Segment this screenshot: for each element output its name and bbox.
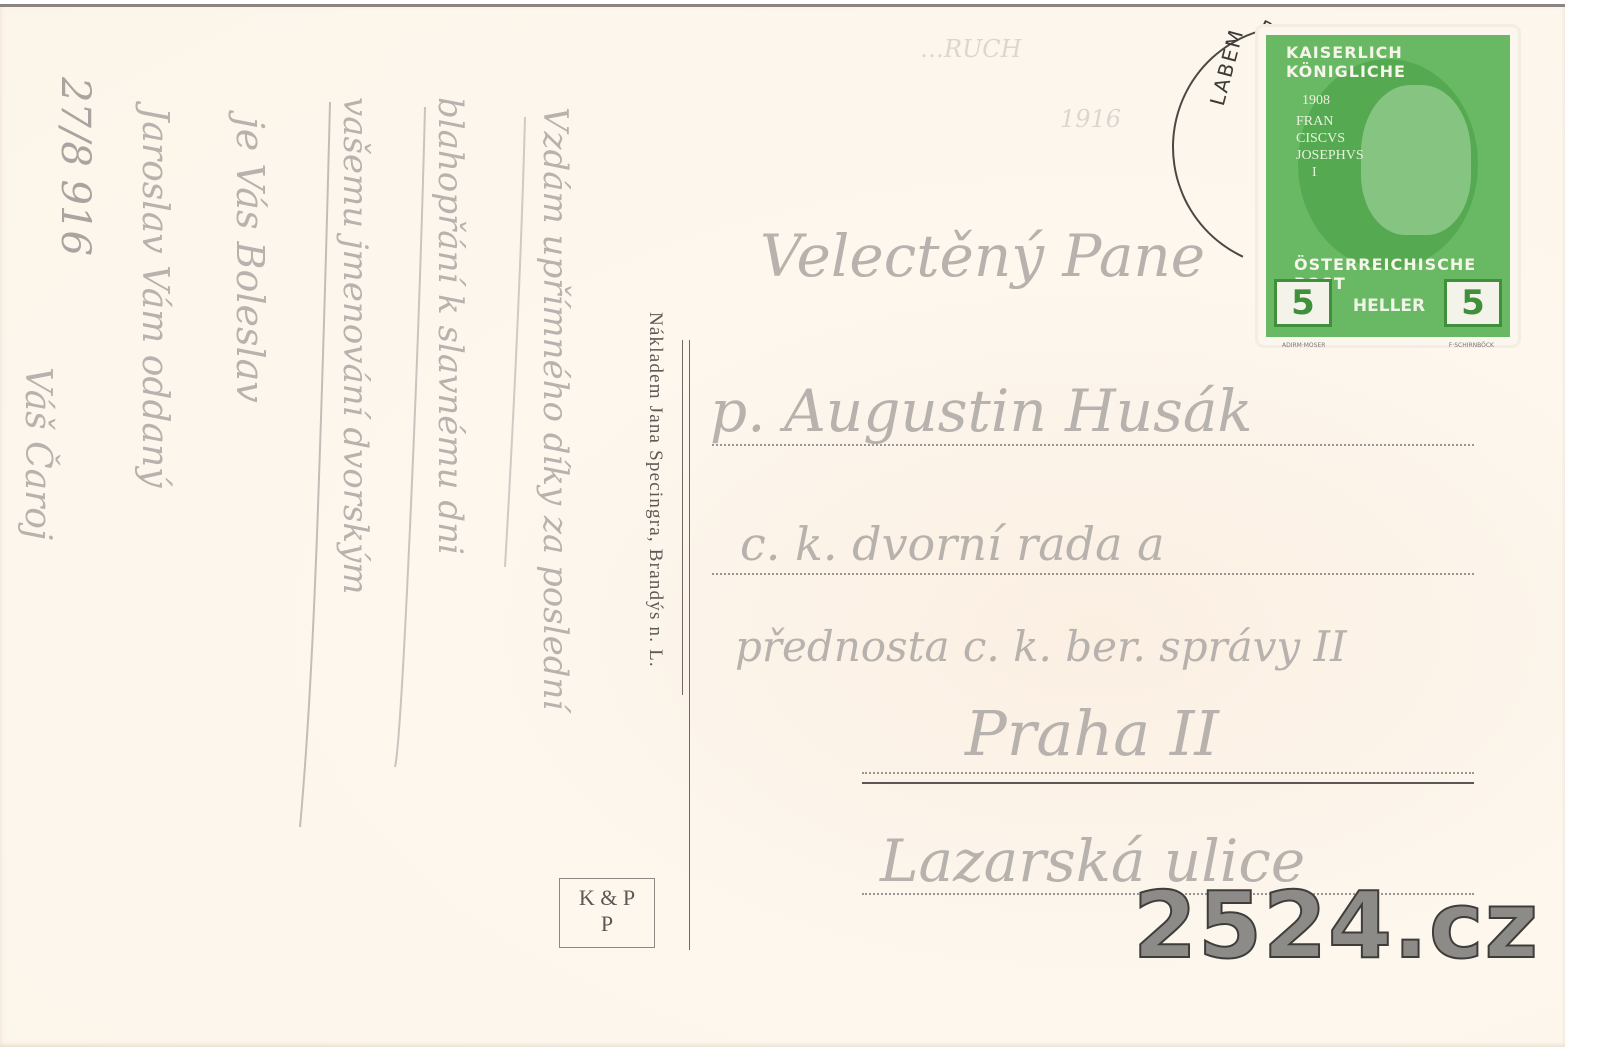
faint-note: 1916 [1060,105,1121,133]
divider-line [682,340,683,695]
address-underline [862,782,1474,784]
stamp-year: 1908 [1302,93,1330,109]
divider-line [689,340,690,950]
stamp-ring-text-top: KAISERLICH KÖNIGLICHE [1286,43,1510,81]
postcard: 27/8 916 Váš Čaroj Jaroslav Vám oddaný j… [0,4,1565,1047]
stamp-value-left: 5 [1274,279,1332,327]
stamp-denomination: HELLER [1346,291,1432,321]
address-title: c. k. dvorní rada a [740,517,1165,571]
address-name: p. Augustin Husák [710,377,1253,445]
address-salutation: Velectěný Pane [760,222,1205,290]
printer-logo: K & P P [559,878,655,948]
address-line-2 [712,573,1474,575]
address-office: přednosta c. k. ber. správy II [735,622,1347,671]
printer-logo-line2: P [560,911,654,937]
faint-note: …RUCH [920,35,1022,63]
stamp-design: 1908 FRAN CISCVS JOSEPHVS I KAISERLICH K… [1266,35,1510,337]
postage-stamp: 1908 FRAN CISCVS JOSEPHVS I KAISERLICH K… [1258,27,1518,345]
stamp-engraver: F·SCHIRNBÖCK [1449,342,1494,349]
stamp-designer: ADIRM·MOSER [1282,342,1325,349]
stamp-value-right: 5 [1444,279,1502,327]
stamp-caption: FRAN CISCVS JOSEPHVS I [1296,113,1364,181]
address-line-3 [862,772,1474,774]
emperor-portrait-icon [1361,85,1471,235]
address-city: Praha II [965,697,1219,770]
publisher-imprint: Nákladem Jana Specingra, Brandýs n. L. [644,312,666,668]
printer-logo-line1: K & P [560,885,654,911]
watermark: 2524.cz [1133,880,1539,972]
